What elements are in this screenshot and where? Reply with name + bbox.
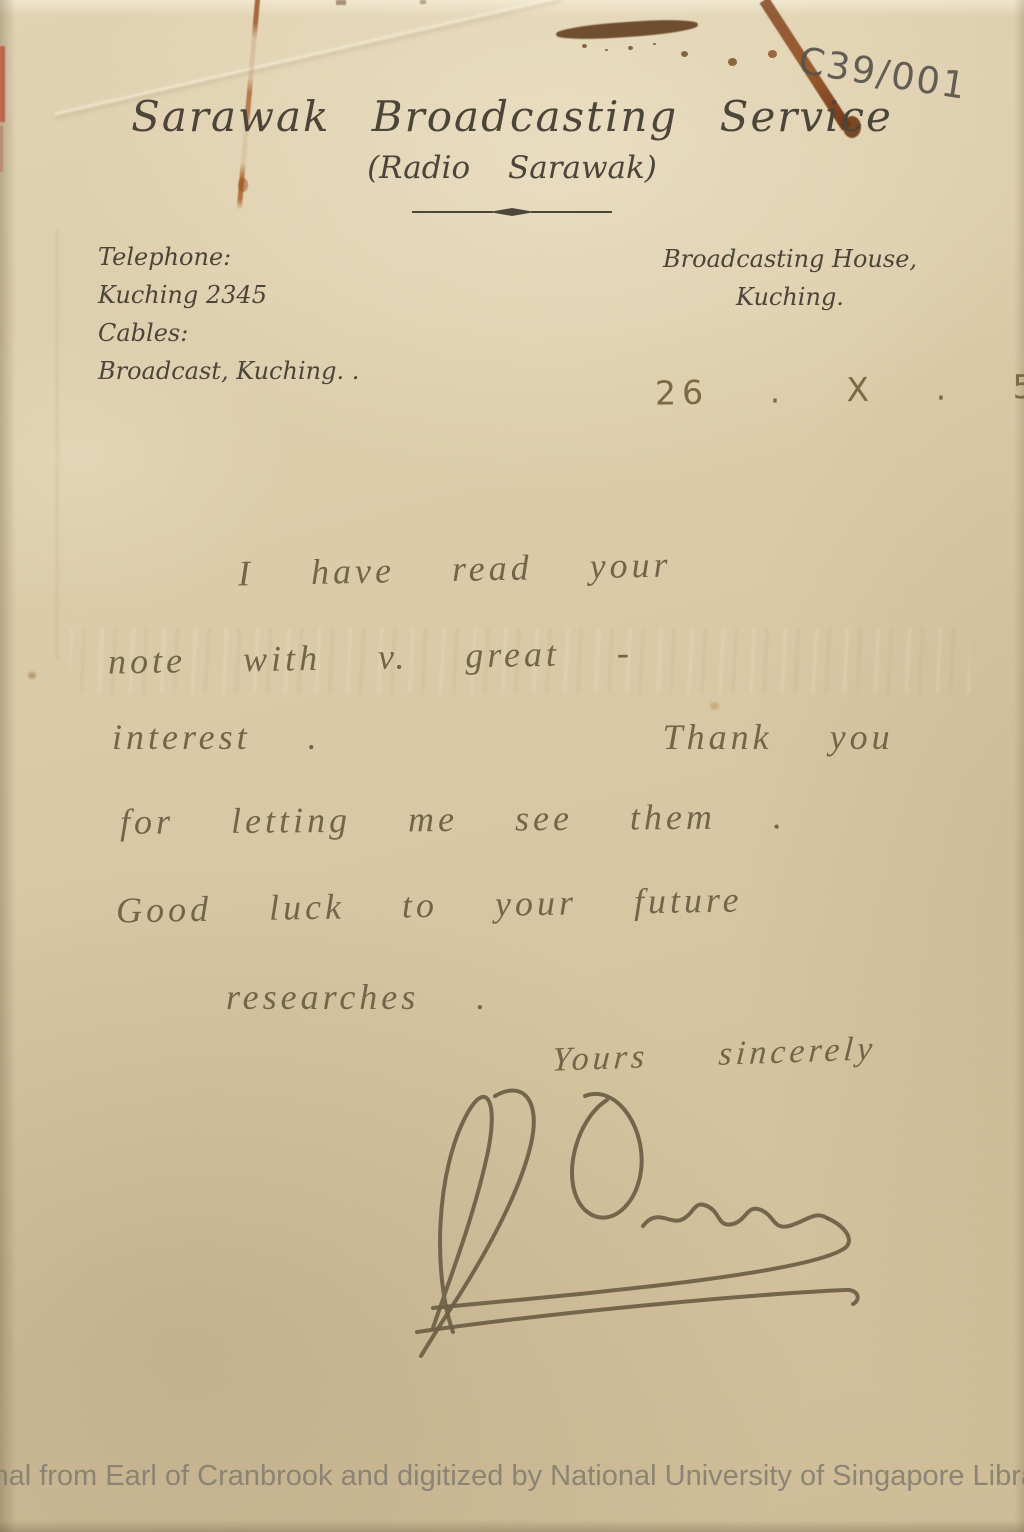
body-line-3: interest . Thank you (112, 716, 894, 758)
letterhead-contact-block: Telephone: Kuching 2345 Cables: Broadcas… (98, 238, 359, 390)
digitization-watermark: inal from Earl of Cranbrook and digitize… (0, 1460, 1024, 1493)
paper-speck-2 (710, 702, 719, 710)
stain-droplets (582, 44, 587, 48)
divider-ornament (412, 207, 612, 217)
address-line2: Kuching. (640, 278, 940, 316)
top-edge-notch (336, 0, 346, 5)
telephone-number: Kuching 2345 (98, 276, 359, 314)
handwritten-date: 26 . X . 59 (655, 366, 1024, 412)
top-edge-notch-2 (420, 0, 426, 4)
closing-salutation: Yours sincerely (551, 1030, 878, 1079)
ornament-line-left (412, 211, 493, 213)
rust-dot (768, 50, 777, 58)
cables-label: Cables: (98, 314, 359, 352)
paper-right-edge (1014, 0, 1024, 1532)
ornament-diamond (489, 208, 535, 216)
ornament-line-right (531, 211, 612, 213)
letterhead-address-block: Broadcasting House, Kuching. (640, 240, 940, 316)
telephone-label: Telephone: (98, 238, 359, 276)
body-line-1: I have read your (238, 543, 672, 594)
paper-speck (28, 672, 36, 679)
letterhead-subtitle: (Radio Sarawak) (0, 150, 1024, 186)
body-line-6: researches . (226, 976, 489, 1018)
body-line-5: Good luck to your future (116, 879, 743, 932)
paper-bottom-edge (0, 1520, 1024, 1532)
letterhead-organization: Sarawak Broadcasting Service (0, 92, 1024, 141)
signature-flourish (375, 1080, 895, 1365)
cables-address: Broadcast, Kuching. . (98, 352, 359, 390)
paper-left-edge (0, 0, 16, 1532)
stain-top-center (556, 17, 699, 42)
address-line1: Broadcasting House, (640, 240, 940, 278)
paper-crease-vertical (56, 230, 58, 660)
scanned-letter-page: Sarawak Broadcasting Service (Radio Sara… (0, 0, 1024, 1532)
body-line-4: for letting me see them . (120, 795, 786, 843)
